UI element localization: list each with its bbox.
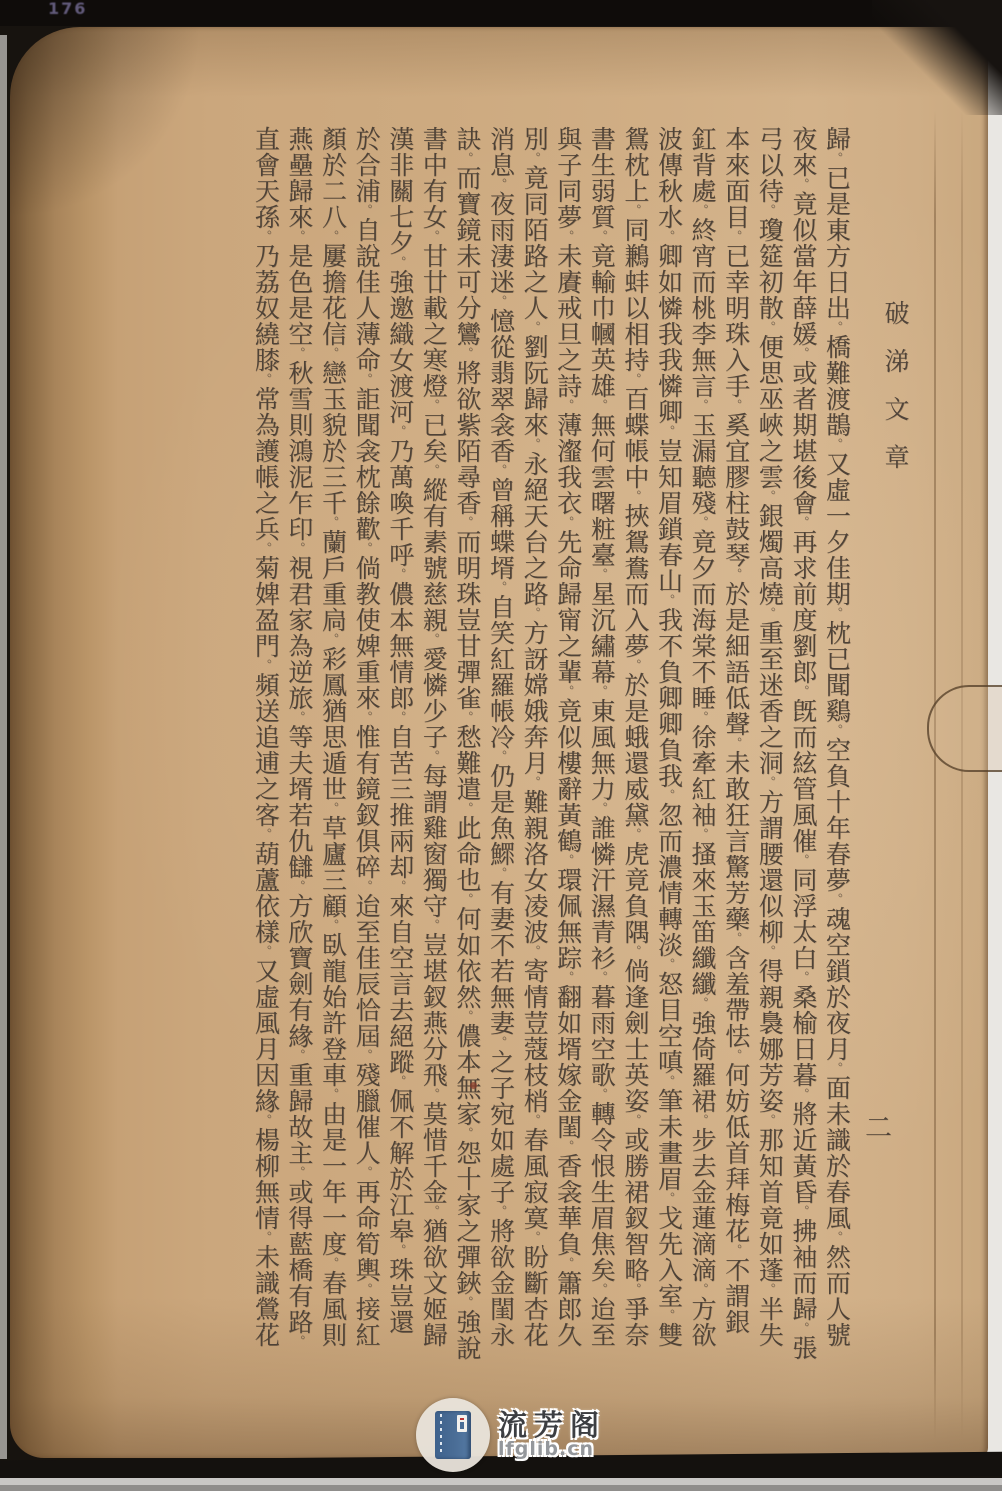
reading-circle-mark: 。 [527, 945, 541, 958]
reading-circle-mark: 。 [359, 1283, 373, 1296]
reading-circle-mark: 。 [661, 594, 675, 607]
reading-circle-mark: 。 [729, 568, 743, 581]
reading-circle-mark: 。 [561, 971, 575, 984]
reading-circle-mark: 。 [460, 1127, 474, 1140]
reading-circle-mark: 。 [258, 828, 272, 841]
reading-circle-mark: 。 [628, 1283, 642, 1296]
text-column: 消息。夜雨淒迷。憶從翡翠衾香。曾稱蝶壻。自笑紅羅帳冷。仍是魚鰥。有妻不若無妻。之… [493, 126, 518, 1394]
reading-circle-mark: 。 [359, 1166, 373, 1179]
reading-circle-mark: 。 [359, 542, 373, 555]
reading-circle-mark: 。 [594, 971, 608, 984]
reading-circle-mark: 。 [628, 373, 642, 386]
reading-circle-mark: 。 [829, 893, 843, 906]
reading-circle-mark: 。 [796, 516, 810, 529]
watermark-text: 流芳阁 lfglib.cn [498, 1410, 606, 1460]
reading-circle-mark: 。 [762, 945, 776, 958]
reading-circle-mark: 。 [292, 1049, 306, 1062]
reading-circle-mark: 。 [695, 997, 709, 1010]
reading-circle-mark: 。 [493, 178, 507, 191]
reading-circle-mark: 。 [527, 1114, 541, 1127]
reading-circle-mark: 。 [359, 204, 373, 217]
reading-circle-mark: 。 [796, 1322, 810, 1335]
reading-circle-mark: 。 [292, 230, 306, 243]
reading-circle-mark: 。 [561, 1257, 575, 1270]
reading-circle-mark: 。 [729, 932, 743, 945]
reading-circle-mark: 。 [628, 659, 642, 672]
reading-circle-mark: 。 [661, 230, 675, 243]
reading-circle-mark: 。 [628, 490, 642, 503]
watermark-site-url: lfglib.cn [498, 1440, 606, 1460]
reading-circle-mark: 。 [393, 425, 407, 438]
reading-circle-mark: 。 [762, 607, 776, 620]
watermark: 流芳阁 lfglib.cn [416, 1398, 606, 1472]
reading-circle-mark: 。 [695, 516, 709, 529]
scan-shadow-corner [872, 0, 1002, 115]
text-column: 夜來。竟似當年薛媛。或者期堪後會。再求前度劉郎。旣而絃管風催。同浮太白。桑榆日暮… [796, 126, 821, 1394]
text-column: 本來面目。已幸明珠入手。奚宜膠柱鼓琴。於是細語低聲。未敢狂言驚芳藥。含羞帶怯。何… [729, 126, 754, 1394]
reading-circle-mark: 。 [460, 347, 474, 360]
reading-circle-mark: 。 [661, 958, 675, 971]
text-column: 弓以待。瓊筵初散。便思巫峽之雲。銀燭高燒。重至迷香之洞。方謂腰還似柳。得親裊娜芳… [762, 126, 787, 1394]
reading-circle-mark: 。 [460, 516, 474, 529]
reading-circle-mark: 。 [796, 1088, 810, 1101]
reading-circle-mark: 。 [426, 919, 440, 932]
chinese-book-icon [435, 1411, 471, 1459]
reading-circle-mark: 。 [829, 607, 843, 620]
reading-circle-mark: 。 [729, 1049, 743, 1062]
text-column: 釭背處。終宵而桃李無言。玉漏聽殘。竟夕而海棠不睡。徐牽紅袖。搔來玉笛纖纖。強倚羅… [695, 126, 720, 1394]
reading-circle-mark: 。 [729, 399, 743, 412]
reading-circle-mark: 。 [426, 230, 440, 243]
reading-circle-mark: 。 [460, 893, 474, 906]
reading-circle-mark: 。 [426, 399, 440, 412]
text-column: 波傳秋水。卿如憐我我憐卿。豈知眉鎖春山。我不負卿卿負我。忽而濃情轉淡。怒目空嗔。… [661, 126, 686, 1394]
reading-circle-mark: 。 [829, 1231, 843, 1244]
text-column: 顏於二八。屢擔花信。戀玉貌於三千。蘭戶重扃。彩鳳猶思遁世。草廬三顧。臥龍始許登車… [326, 126, 351, 1394]
reading-circle-mark: 。 [326, 919, 340, 932]
reading-circle-mark: 。 [695, 399, 709, 412]
reading-circle-mark: 。 [258, 1231, 272, 1244]
reading-circle-mark: 。 [493, 1205, 507, 1218]
reading-circle-mark: 。 [258, 373, 272, 386]
reading-circle-mark: 。 [426, 750, 440, 763]
reading-circle-mark: 。 [527, 321, 541, 334]
reading-circle-mark: 。 [594, 802, 608, 815]
reading-circle-mark: 。 [561, 230, 575, 243]
reading-circle-mark: 。 [426, 464, 440, 477]
reading-circle-mark: 。 [695, 204, 709, 217]
reading-circle-mark: 。 [292, 880, 306, 893]
reading-circle-mark: 。 [594, 399, 608, 412]
reading-circle-mark: 。 [661, 789, 675, 802]
reading-circle-mark: 。 [594, 568, 608, 581]
margin-title: 破涕文章 [877, 300, 913, 492]
reading-circle-mark: 。 [628, 945, 642, 958]
reading-circle-mark: 。 [695, 1283, 709, 1296]
reading-circle-mark: 。 [561, 399, 575, 412]
scan-bed-strip [0, 1485, 1002, 1491]
reading-circle-mark: 。 [594, 685, 608, 698]
reading-circle-mark: 。 [796, 347, 810, 360]
reading-circle-mark: 。 [695, 711, 709, 724]
reading-circle-mark: 。 [359, 711, 373, 724]
reading-circle-mark: 。 [527, 438, 541, 451]
reading-circle-mark: 。 [628, 828, 642, 841]
reading-circle-mark: 。 [292, 1166, 306, 1179]
reading-circle-mark: 。 [561, 685, 575, 698]
reading-circle-mark: 。 [493, 1036, 507, 1049]
text-column: 別。竟同陌路之人。劉阮歸來。永絕天台之路。方訝嫦娥奔月。難親洛女凌波。寄情荳蔻枝… [527, 126, 552, 1394]
reading-circle-mark: 。 [460, 711, 474, 724]
text-column: 與子同夢。未賡戒旦之詩。薄瀣我衣。先命歸甯之輩。竟似樓辭黃鶴。環佩無踪。翻如壻嫁… [561, 126, 586, 1394]
reading-circle-mark: 。 [829, 321, 843, 334]
reading-circle-mark: 。 [594, 1088, 608, 1101]
reading-circle-mark: 。 [258, 1114, 272, 1127]
reading-circle-mark: 。 [258, 542, 272, 555]
reading-circle-mark: 。 [460, 1296, 474, 1309]
reading-circle-mark: 。 [796, 854, 810, 867]
text-column: 漢非關七夕。強邀織女渡河。乃萬喚千呼。儂本無情郎。自苦三推兩却。來自空言去絕蹤。… [393, 126, 418, 1394]
text-column: 訣。而寶鏡未可分鸞。將欲紫陌尋香。而明珠豈甘彈雀。愁難遣。此命也。何如依然。儂本… [460, 126, 485, 1394]
reading-circle-mark: 。 [460, 802, 474, 815]
reading-circle-mark: 。 [628, 204, 642, 217]
reading-circle-mark: 。 [292, 1335, 306, 1348]
text-column: 燕壘歸來。是色是空。秋雪則鴻泥乍印。視君家為逆旅。等夫壻若仇讎。方欣寶劍有緣。重… [292, 126, 317, 1394]
reading-circle-mark: 。 [393, 256, 407, 269]
reading-circle-mark: 。 [292, 347, 306, 360]
reading-circle-mark: 。 [762, 1283, 776, 1296]
reading-circle-mark: 。 [729, 230, 743, 243]
reading-circle-mark: 。 [796, 971, 810, 984]
reading-circle-mark: 。 [527, 776, 541, 789]
reading-circle-mark: 。 [695, 828, 709, 841]
text-column: 書中有女。甘廿載之寒燈。已矣。縱有素號慈親。愛憐少子。每謂雞窗獨守。豈堪釵燕分飛… [426, 126, 451, 1394]
reading-circle-mark: 。 [762, 321, 776, 334]
reading-circle-mark: 。 [359, 1049, 373, 1062]
watermark-badge [416, 1398, 490, 1472]
text-column: 歸。已是東方日出。橋難渡鵲。又虛一夕佳期。枕已聞鷄。空負十年春夢。魂空鎖於夜月。… [829, 126, 854, 1394]
bookmark-tab [927, 685, 1002, 772]
reading-circle-mark: 。 [661, 1192, 675, 1205]
text-column: 直會天孫。乃荔奴繞膝。常為護帳之兵。菊婢盈門。頻送追逋之客。葫蘆依樣。又虛風月因… [258, 126, 283, 1394]
reading-circle-mark: 。 [326, 347, 340, 360]
reading-circle-mark: 。 [460, 152, 474, 165]
page-number: 二 [865, 1106, 892, 1145]
reading-circle-mark: 。 [359, 373, 373, 386]
reading-circle-mark: 。 [527, 607, 541, 620]
ink-stain [470, 1082, 477, 1089]
reading-circle-mark: 。 [393, 1244, 407, 1257]
reading-circle-mark: 。 [561, 854, 575, 867]
reading-circle-mark: 。 [426, 1088, 440, 1101]
reading-circle-mark: 。 [326, 1088, 340, 1101]
reading-circle-mark: 。 [561, 1140, 575, 1153]
reading-circle-mark: 。 [359, 880, 373, 893]
reading-circle-mark: 。 [460, 1010, 474, 1023]
reading-circle-mark: 。 [426, 1205, 440, 1218]
reading-circle-mark: 。 [527, 152, 541, 165]
reading-circle-mark: 。 [829, 438, 843, 451]
book-title-label-icon [457, 1415, 467, 1432]
reading-circle-mark: 。 [258, 659, 272, 672]
reading-circle-mark: 。 [796, 1205, 810, 1218]
reading-circle-mark: 。 [561, 516, 575, 529]
watermark-site-name: 流芳阁 [498, 1410, 606, 1440]
reading-circle-mark: 。 [796, 685, 810, 698]
text-column: 書生弱質。竟輸巾幗英雄。無何雲曙粧臺。星沉繡幕。東風無力。誰憐汗濕青衫。暮雨空歌… [594, 126, 619, 1394]
text-column: 於合浦。自說佳人薄命。詎聞衾枕餘歡。倘教使婢重來。惟有鏡釵俱碎。迨至佳辰恰屆。殘… [359, 126, 384, 1394]
reading-circle-mark: 。 [326, 230, 340, 243]
book-binding-icon [440, 1414, 442, 1456]
page-edge-line [934, 110, 936, 1440]
reading-circle-mark: 。 [762, 490, 776, 503]
reading-circle-mark: 。 [426, 633, 440, 646]
reading-circle-mark: 。 [393, 880, 407, 893]
reading-circle-mark: 。 [258, 945, 272, 958]
reading-circle-mark: 。 [493, 867, 507, 880]
reading-circle-mark: 。 [326, 802, 340, 815]
reading-circle-mark: 。 [326, 516, 340, 529]
reading-circle-mark: 。 [393, 711, 407, 724]
reading-circle-mark: 。 [292, 711, 306, 724]
page-edge-line [961, 110, 963, 1440]
reading-circle-mark: 。 [527, 1231, 541, 1244]
reading-circle-mark: 。 [729, 1244, 743, 1257]
reading-circle-mark: 。 [493, 295, 507, 308]
reading-circle-mark: 。 [393, 1075, 407, 1088]
reading-circle-mark: 。 [661, 1309, 675, 1322]
book-scan-photo: 歸。已是東方日出。橋難渡鵲。又虛一夕佳期。枕已聞鷄。空負十年春夢。魂空鎖於夜月。… [0, 0, 1002, 1491]
reading-circle-mark: 。 [493, 750, 507, 763]
reading-circle-mark: 。 [326, 1257, 340, 1270]
reading-circle-mark: 。 [762, 204, 776, 217]
reading-circle-mark: 。 [661, 425, 675, 438]
reading-circle-mark: 。 [829, 152, 843, 165]
scanner-edge-left [0, 35, 7, 1459]
reading-circle-mark: 。 [762, 1114, 776, 1127]
reading-circle-mark: 。 [628, 1114, 642, 1127]
reading-circle-mark: 。 [594, 230, 608, 243]
reading-circle-mark: 。 [729, 737, 743, 750]
reading-circle-mark: 。 [393, 568, 407, 581]
scan-bed-strip [0, 1478, 1002, 1485]
reading-circle-mark: 。 [796, 178, 810, 191]
reading-circle-mark: 。 [829, 724, 843, 737]
text-column: 鴛枕上。同鶼蚌以相持。百蝶帳中。挾鴛鴦而入夢。於是蛾還威黛。虎竟負隅。倘逢劍士英… [628, 126, 653, 1394]
reading-circle-mark: 。 [258, 230, 272, 243]
text-block: 歸。已是東方日出。橋難渡鵲。又虛一夕佳期。枕已聞鷄。空負十年春夢。魂空鎖於夜月。… [101, 126, 863, 1394]
reading-circle-mark: 。 [493, 464, 507, 477]
corner-digits: 176 [48, 0, 87, 18]
scan-shadow-top [0, 0, 1002, 26]
reading-circle-mark: 。 [695, 1114, 709, 1127]
reading-circle-mark: 。 [326, 633, 340, 646]
reading-circle-mark: 。 [594, 1283, 608, 1296]
reading-circle-mark: 。 [493, 581, 507, 594]
reading-circle-mark: 。 [292, 542, 306, 555]
reading-circle-mark: 。 [829, 1062, 843, 1075]
reading-circle-mark: 。 [661, 1075, 675, 1088]
reading-circle-mark: 。 [762, 776, 776, 789]
